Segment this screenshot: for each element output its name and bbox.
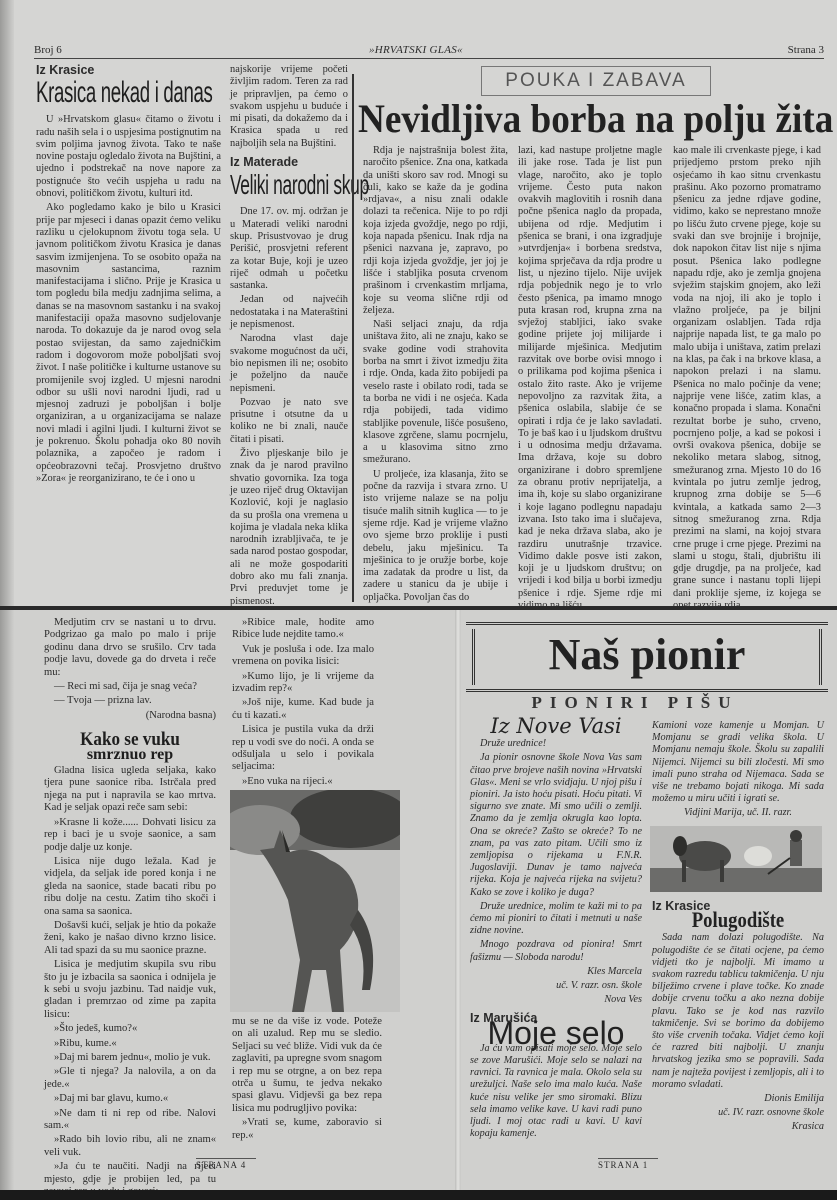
- newspaper-name: »HRVATSKI GLAS«: [369, 44, 463, 56]
- column-rule: [352, 74, 354, 602]
- article-continuation: najskorije vrijeme početi življim radom.…: [230, 64, 348, 150]
- fable-column: Medjutim crv se nastani u to drvu. Podgr…: [44, 617, 216, 1200]
- article-paragraph: »Još nije, kume. Kad bude ja ću ti kazat…: [232, 697, 374, 722]
- letter-paragraph: Sada nam dolazi polugodište. Na polugodi…: [652, 932, 824, 1091]
- letter-paragraph: Druže urednice, molim te kaži mi to pa ć…: [470, 901, 642, 938]
- article-paragraph: »Ne dam ti ni rep od ribe. Nalovi sam.«: [44, 1108, 216, 1133]
- letter-signature: uč. IV. razr. osnovne škole: [652, 1107, 824, 1119]
- article-paragraph: mu se ne da više iz vode. Poteže on ali …: [232, 1016, 382, 1115]
- vuk-column-2-end: mu se ne da više iz vode. Poteže on ali …: [232, 1016, 382, 1144]
- section-label: POUKA I ZABAVA: [481, 66, 711, 96]
- article-rdja-col3: kao male ili crvenkaste pjege, i kad pri…: [673, 145, 821, 614]
- article-krasica: Iz Krasice Krasica nekad i danas U »Hrva…: [36, 64, 221, 487]
- article-paragraph: »Kumo lijo, je li vrijeme da izvadim rep…: [232, 671, 374, 696]
- article-paragraph: Naši seljaci znaju, da rdja uništava žit…: [363, 319, 508, 467]
- wolf-illustration: [230, 790, 400, 1012]
- letter-signature: Dionis Emilija: [652, 1093, 824, 1105]
- article-paragraph: Došavši kući, seljak je htio da pokaže ž…: [44, 920, 216, 957]
- article-paragraph: Živo pljeskanje bilo je znak da je narod…: [230, 448, 348, 608]
- fable-line: Medjutim crv se nastani u to drvu. Podgr…: [44, 617, 216, 679]
- article-paragraph: Jedan od najvećih nedostataka i na Mater…: [230, 294, 348, 331]
- page-number-right: STRANA 1: [598, 1158, 658, 1170]
- letter-paragraph: Ja pionir osnovne škole Nova Vas sam čit…: [470, 752, 642, 898]
- article-title: Moje selo: [470, 1027, 642, 1039]
- letter-momjan: Kamioni voze kamenje u Momjan. U Momjanu…: [652, 720, 824, 822]
- masthead-title: Naš pionir: [466, 629, 828, 681]
- article-paragraph: »Eno vuka na rijeci.«: [232, 776, 374, 788]
- article-paragraph: »Krasne li kože...... Dohvati lisicu za …: [44, 817, 216, 854]
- headline: Nevidljiva borba na polju žita: [358, 96, 800, 142]
- letter-signature: Krasica: [652, 1121, 824, 1133]
- article-paragraph: U »Hrvatskom glasu« čitamo o životu i ra…: [36, 114, 221, 200]
- article-kicker: Iz Materade: [230, 156, 348, 168]
- pionir-masthead: Naš pionir: [466, 622, 828, 692]
- letter-signature: Vidjini Marija, uč. II. razr.: [652, 807, 824, 819]
- page-header: Broj 6 »HRVATSKI GLAS« Strana 3: [34, 44, 824, 59]
- article-rdja-col2: lazi, kad nastupe proljetne magle ili ja…: [518, 145, 662, 614]
- article-paragraph: »Što jedeš, kumo?«: [44, 1023, 216, 1035]
- article-paragraph: Lisica je medjutim skupila svu ribu što …: [44, 959, 216, 1021]
- letter-paragraph: Mnogo pozdrava od pionira! Smrt fašizmu …: [470, 939, 642, 963]
- letter-title: Iz Nove Vasi: [470, 720, 642, 732]
- article-paragraph: lazi, kad nastupe proljetne magle ili ja…: [518, 145, 662, 612]
- article-paragraph: »Daj mi bar glavu, kumo.«: [44, 1093, 216, 1105]
- letter-paragraph: Kamioni voze kamenje u Momjan. U Momjanu…: [652, 720, 824, 805]
- article-title: Veliki narodni skup: [230, 170, 303, 200]
- letter-signature: Kles Marcela: [470, 966, 642, 978]
- letter-paragraph: Ja ću vam opisati moje selo. Moje selo s…: [470, 1043, 642, 1141]
- article-paragraph: »Ribice male, hodite amo Ribice lude nej…: [232, 617, 374, 642]
- article-paragraph: Lisica nije dugo ležala. Kad je vidjela,…: [44, 856, 216, 918]
- page-number: Strana 3: [788, 44, 824, 56]
- article-paragraph: Pozvao je nato sve prisutne i otsutne da…: [230, 397, 348, 446]
- article-kicker: Iz Krasice: [36, 64, 221, 76]
- article-paragraph: »Vrati se, kume, zaboravio si rep.«: [232, 1117, 382, 1142]
- letter-polugodiste: Iz Krasice Polugodište Sada nam dolazi p…: [652, 900, 824, 1136]
- letter-signature: Nova Ves: [470, 994, 642, 1006]
- article-paragraph: »Ribu, kume.«: [44, 1038, 216, 1050]
- article-paragraph: »Rado bih lovio ribu, ali ne znam« veli …: [44, 1134, 216, 1159]
- article-paragraph: Narodna vlast daje svakome mogućnost da …: [230, 333, 348, 394]
- article-paragraph: Ako pogledamo kako je bilo u Krasici pri…: [36, 202, 221, 485]
- plowing-illustration: [650, 826, 822, 892]
- article-paragraph: »Gle ti njega? Ja nalovila, a on da jede…: [44, 1066, 216, 1091]
- article-title: Polugodište: [665, 914, 811, 926]
- page-number-left: STRANA 4: [196, 1158, 256, 1170]
- article-paragraph: U proljeće, iza klasanja, žito se počne …: [363, 469, 508, 604]
- article-paragraph: Lisica je pustila vuka da drži rep u vod…: [232, 724, 374, 774]
- article-title: Kako se vuku: [53, 734, 208, 746]
- article-rdja-col1: Rdja je najstrašnija bolest žita, naroči…: [363, 145, 508, 606]
- article-title: Krasica nekad i danas: [36, 78, 151, 108]
- scan-bottom-edge: [0, 1190, 837, 1200]
- article-paragraph: Gladna lisica ugleda seljaka, kako tjera…: [44, 765, 216, 815]
- page-fold: [455, 610, 461, 1200]
- letter-signature: uč. V. razr. osn. škole: [470, 980, 642, 992]
- article-paragraph: Rdja je najstrašnija bolest žita, naroči…: [363, 145, 508, 317]
- fable-line: — Tvoja — prizna lav.: [44, 695, 216, 707]
- fable-source: (Narodna basna): [44, 710, 216, 722]
- article-paragraph: Vuk je posluša i ode. Iza malo vremena o…: [232, 644, 374, 669]
- issue-number: Broj 6: [34, 44, 62, 56]
- article-subtitle: smrznuo rep: [44, 749, 216, 761]
- section-subhead: PIONIRI PIŠU: [490, 693, 780, 713]
- scan-edge-shadow: [0, 0, 14, 1200]
- letter-paragraph: Druže urednice!: [470, 738, 642, 750]
- article-paragraph: kao male ili crvenkaste pjege, i kad pri…: [673, 145, 821, 612]
- letter-nova-vas: Iz Nove Vasi Druže urednice! Ja pionir o…: [470, 720, 642, 1143]
- article-paragraph: Dne 17. ov. mj. održan je u Materadi vel…: [230, 206, 348, 292]
- fable-line: — Reci mi sad, čija je snag veća?: [44, 681, 216, 693]
- article-paragraph: »Daj mi barem jednu«, molio je vuk.: [44, 1052, 216, 1064]
